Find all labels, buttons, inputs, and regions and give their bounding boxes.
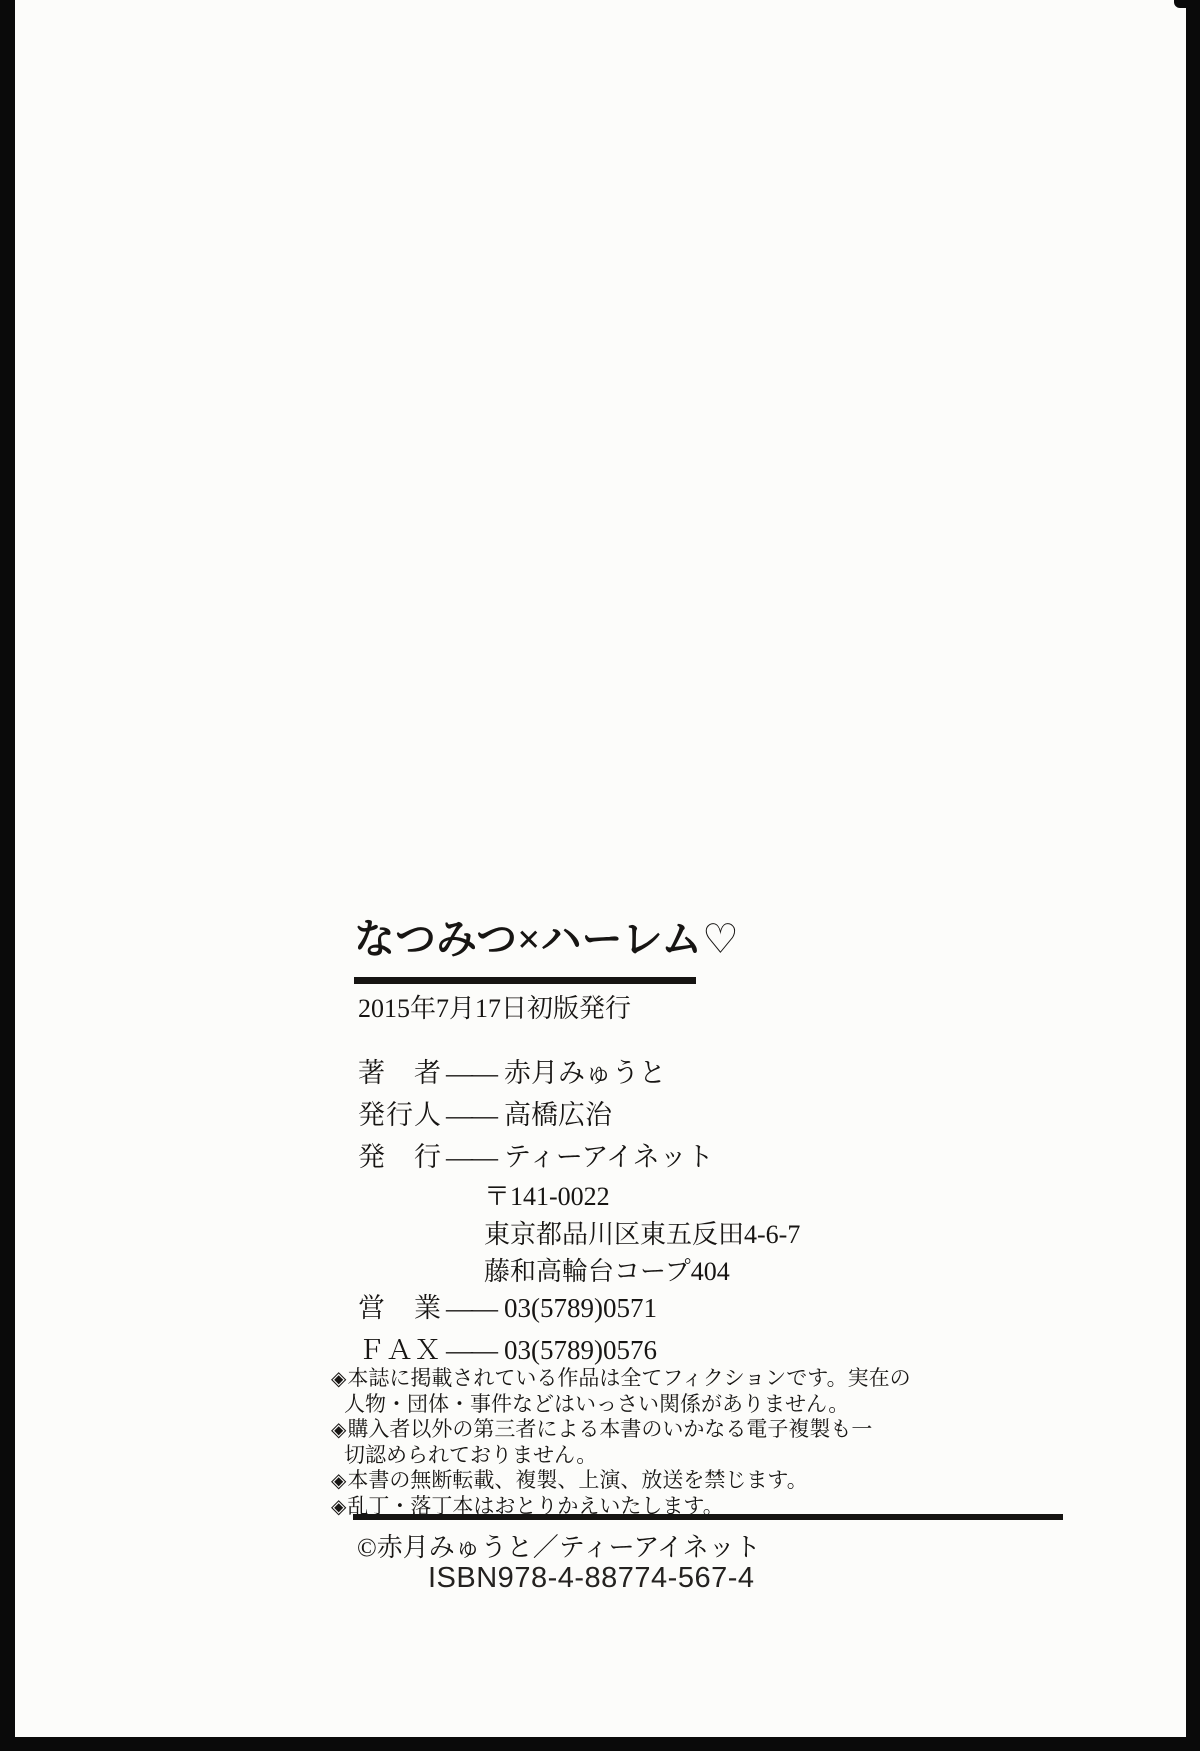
contact-value: 03(5789)0571 [504,1293,657,1323]
book-title: なつみつ×ハーレム♡ [354,906,739,965]
contact-row-fax: ＦＡＸ——03(5789)0576 [358,1329,657,1371]
contact-label: 営 業 [358,1293,442,1323]
publisher-address-block: 〒141-0022 東京都品川区東五反田4-6-7 藤和高輪台コープ404 [484,1178,800,1291]
notice-copy-line2: 切認められておりません。 [331,1443,911,1468]
contact-dash: —— [446,1293,496,1323]
notice-text: 本誌に掲載されている作品は全てフィクションです。実在の [347,1366,910,1390]
edition-date: 2015年7月17日初版発行 [358,988,631,1025]
credit-row-publisher-person: 発行人——高橋広治 [358,1094,714,1136]
credit-label: 著 者 [358,1058,442,1088]
contact-value: 03(5789)0576 [504,1335,657,1365]
contact-dash: —— [446,1335,496,1365]
notice-text: 購入者以外の第三者による本書のいかなる電子複製も一 [347,1417,872,1441]
isbn-number: ISBN978-4-88774-567-4 [428,1562,754,1595]
diamond-bullet-icon: ◈ [331,1470,346,1492]
credit-label: 発行人 [358,1100,442,1130]
postal-code: 〒141-0022 [484,1178,800,1216]
credit-value: 高橋広治 [504,1100,612,1130]
credit-value: 赤月みゅうと [504,1058,666,1088]
footer-rule [353,1514,1063,1520]
contact-label: ＦＡＸ [358,1335,442,1365]
credit-dash: —— [446,1100,496,1130]
notice-fiction-line1: ◈本誌に掲載されている作品は全てフィクションです。実在の [331,1366,911,1392]
notice-copy-line1: ◈購入者以外の第三者による本書のいかなる電子複製も一 [331,1417,911,1443]
scan-border-left [0,0,15,1751]
scan-border-bottom [0,1737,1200,1751]
notice-fiction-line2: 人物・団体・事件などはいっさい関係がありません。 [331,1392,911,1417]
diamond-bullet-icon: ◈ [331,1368,346,1390]
credit-dash: —— [446,1058,496,1088]
colophon-page: なつみつ×ハーレム♡ 2015年7月17日初版発行 著 者——赤月みゅうと 発行… [0,0,1200,1751]
legal-notices: ◈本誌に掲載されている作品は全てフィクションです。実在の 人物・団体・事件などは… [331,1366,911,1520]
notice-text: 本書の無断転載、複製、上演、放送を禁じます。 [347,1468,807,1492]
credit-dash: —— [446,1142,496,1172]
address-line2: 藤和高輪台コープ404 [484,1253,800,1291]
address-line1: 東京都品川区東五反田4-6-7 [484,1216,800,1254]
credit-row-publisher: 発 行——ティーアイネット [358,1136,714,1178]
notice-text: 切認められておりません。 [344,1443,597,1467]
scan-border-right [1186,0,1200,1751]
diamond-bullet-icon: ◈ [331,1419,346,1441]
credit-label: 発 行 [358,1142,442,1172]
credits-block: 著 者——赤月みゅうと 発行人——高橋広治 発 行——ティーアイネット [358,1052,714,1178]
title-underline-rule [354,977,696,984]
contacts-block: 営 業——03(5789)0571 ＦＡＸ——03(5789)0576 [358,1287,657,1371]
credit-value: ティーアイネット [504,1142,714,1172]
notice-reprint: ◈本書の無断転載、複製、上演、放送を禁じます。 [331,1468,911,1494]
contact-row-sales: 営 業——03(5789)0571 [358,1287,657,1329]
diamond-bullet-icon: ◈ [331,1496,346,1518]
credit-row-author: 著 者——赤月みゅうと [358,1052,714,1094]
scan-border-top-smudge [1174,0,1186,8]
notice-text: 人物・団体・事件などはいっさい関係がありません。 [344,1392,849,1416]
copyright-line: ©赤月みゅうと／ティーアイネット [357,1527,761,1564]
